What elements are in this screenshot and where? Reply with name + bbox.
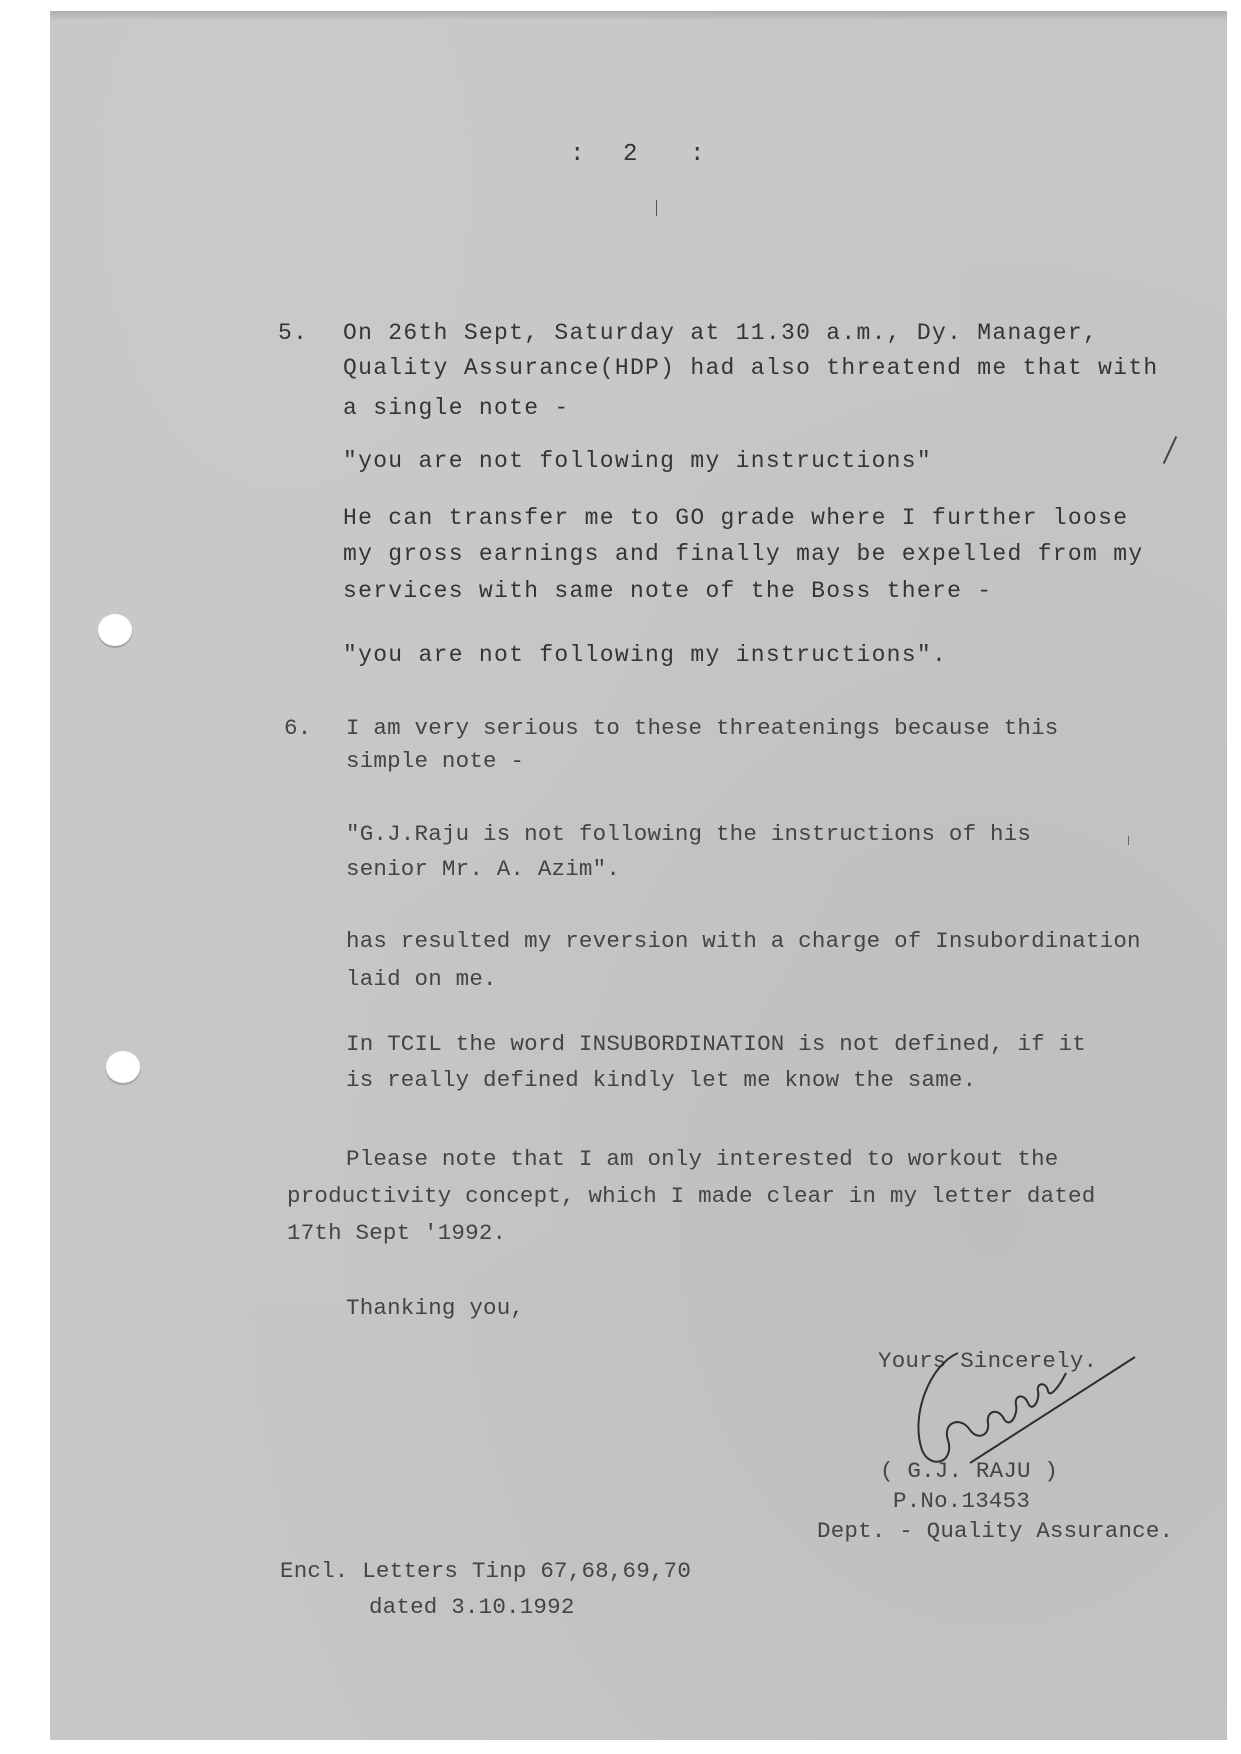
- personnel-number: P.No.13453: [893, 1490, 1030, 1513]
- item-5-line: On 26th Sept, Saturday at 11.30 a.m., Dy…: [343, 322, 1098, 345]
- item-6-line: simple note -: [346, 750, 524, 773]
- department: Dept. - Quality Assurance.: [817, 1520, 1173, 1543]
- page-number-right-colon: :: [690, 143, 704, 167]
- pen-tick-mark: [656, 200, 657, 216]
- item-5-line: Quality Assurance(HDP) had also threaten…: [343, 357, 1159, 380]
- closing-para-line: Please note that I am only interested to…: [346, 1148, 1059, 1171]
- item-5-quote: "you are not following my instructions": [343, 450, 932, 473]
- item-6-tcil-line: is really defined kindly let me know the…: [346, 1069, 976, 1092]
- item-5-para-line: services with same note of the Boss ther…: [343, 580, 992, 603]
- punch-hole-bottom: [106, 1051, 140, 1083]
- enclosure-line: dated 3.10.1992: [369, 1596, 575, 1619]
- closing-para-line: productivity concept, which I made clear…: [287, 1185, 1095, 1208]
- page-number: 2: [623, 143, 637, 167]
- punch-hole-top: [98, 614, 132, 646]
- pen-dot-mark: [1128, 836, 1129, 845]
- signatory-name: ( G.J. RAJU ): [880, 1460, 1058, 1483]
- page-number-left-colon: :: [570, 143, 584, 167]
- handwritten-signature: [900, 1345, 1140, 1475]
- item-5-para-line: He can transfer me to GO grade where I f…: [343, 507, 1128, 530]
- closing-para-line: 17th Sept '1992.: [287, 1222, 506, 1245]
- item-5-line: a single note -: [343, 397, 570, 420]
- item-6-result-line: has resulted my reversion with a charge …: [346, 930, 1141, 953]
- enclosure-line: Encl. Letters Tinp 67,68,69,70: [280, 1560, 691, 1583]
- item-5-numeral: 5.: [278, 322, 308, 345]
- item-5-quote: "you are not following my instructions".: [343, 644, 947, 667]
- paper-edge-shading: [50, 11, 1227, 21]
- item-6-result-line: laid on me.: [346, 968, 497, 991]
- item-6-numeral: 6.: [284, 717, 311, 740]
- thanks-line: Thanking you,: [346, 1297, 524, 1320]
- item-6-quote-line: senior Mr. A. Azim".: [346, 858, 620, 881]
- item-6-tcil-line: In TCIL the word INSUBORDINATION is not …: [346, 1033, 1086, 1056]
- item-6-quote-line: "G.J.Raju is not following the instructi…: [346, 823, 1031, 846]
- item-5-para-line: my gross earnings and finally may be exp…: [343, 543, 1143, 566]
- item-6-line: I am very serious to these threatenings …: [346, 717, 1059, 740]
